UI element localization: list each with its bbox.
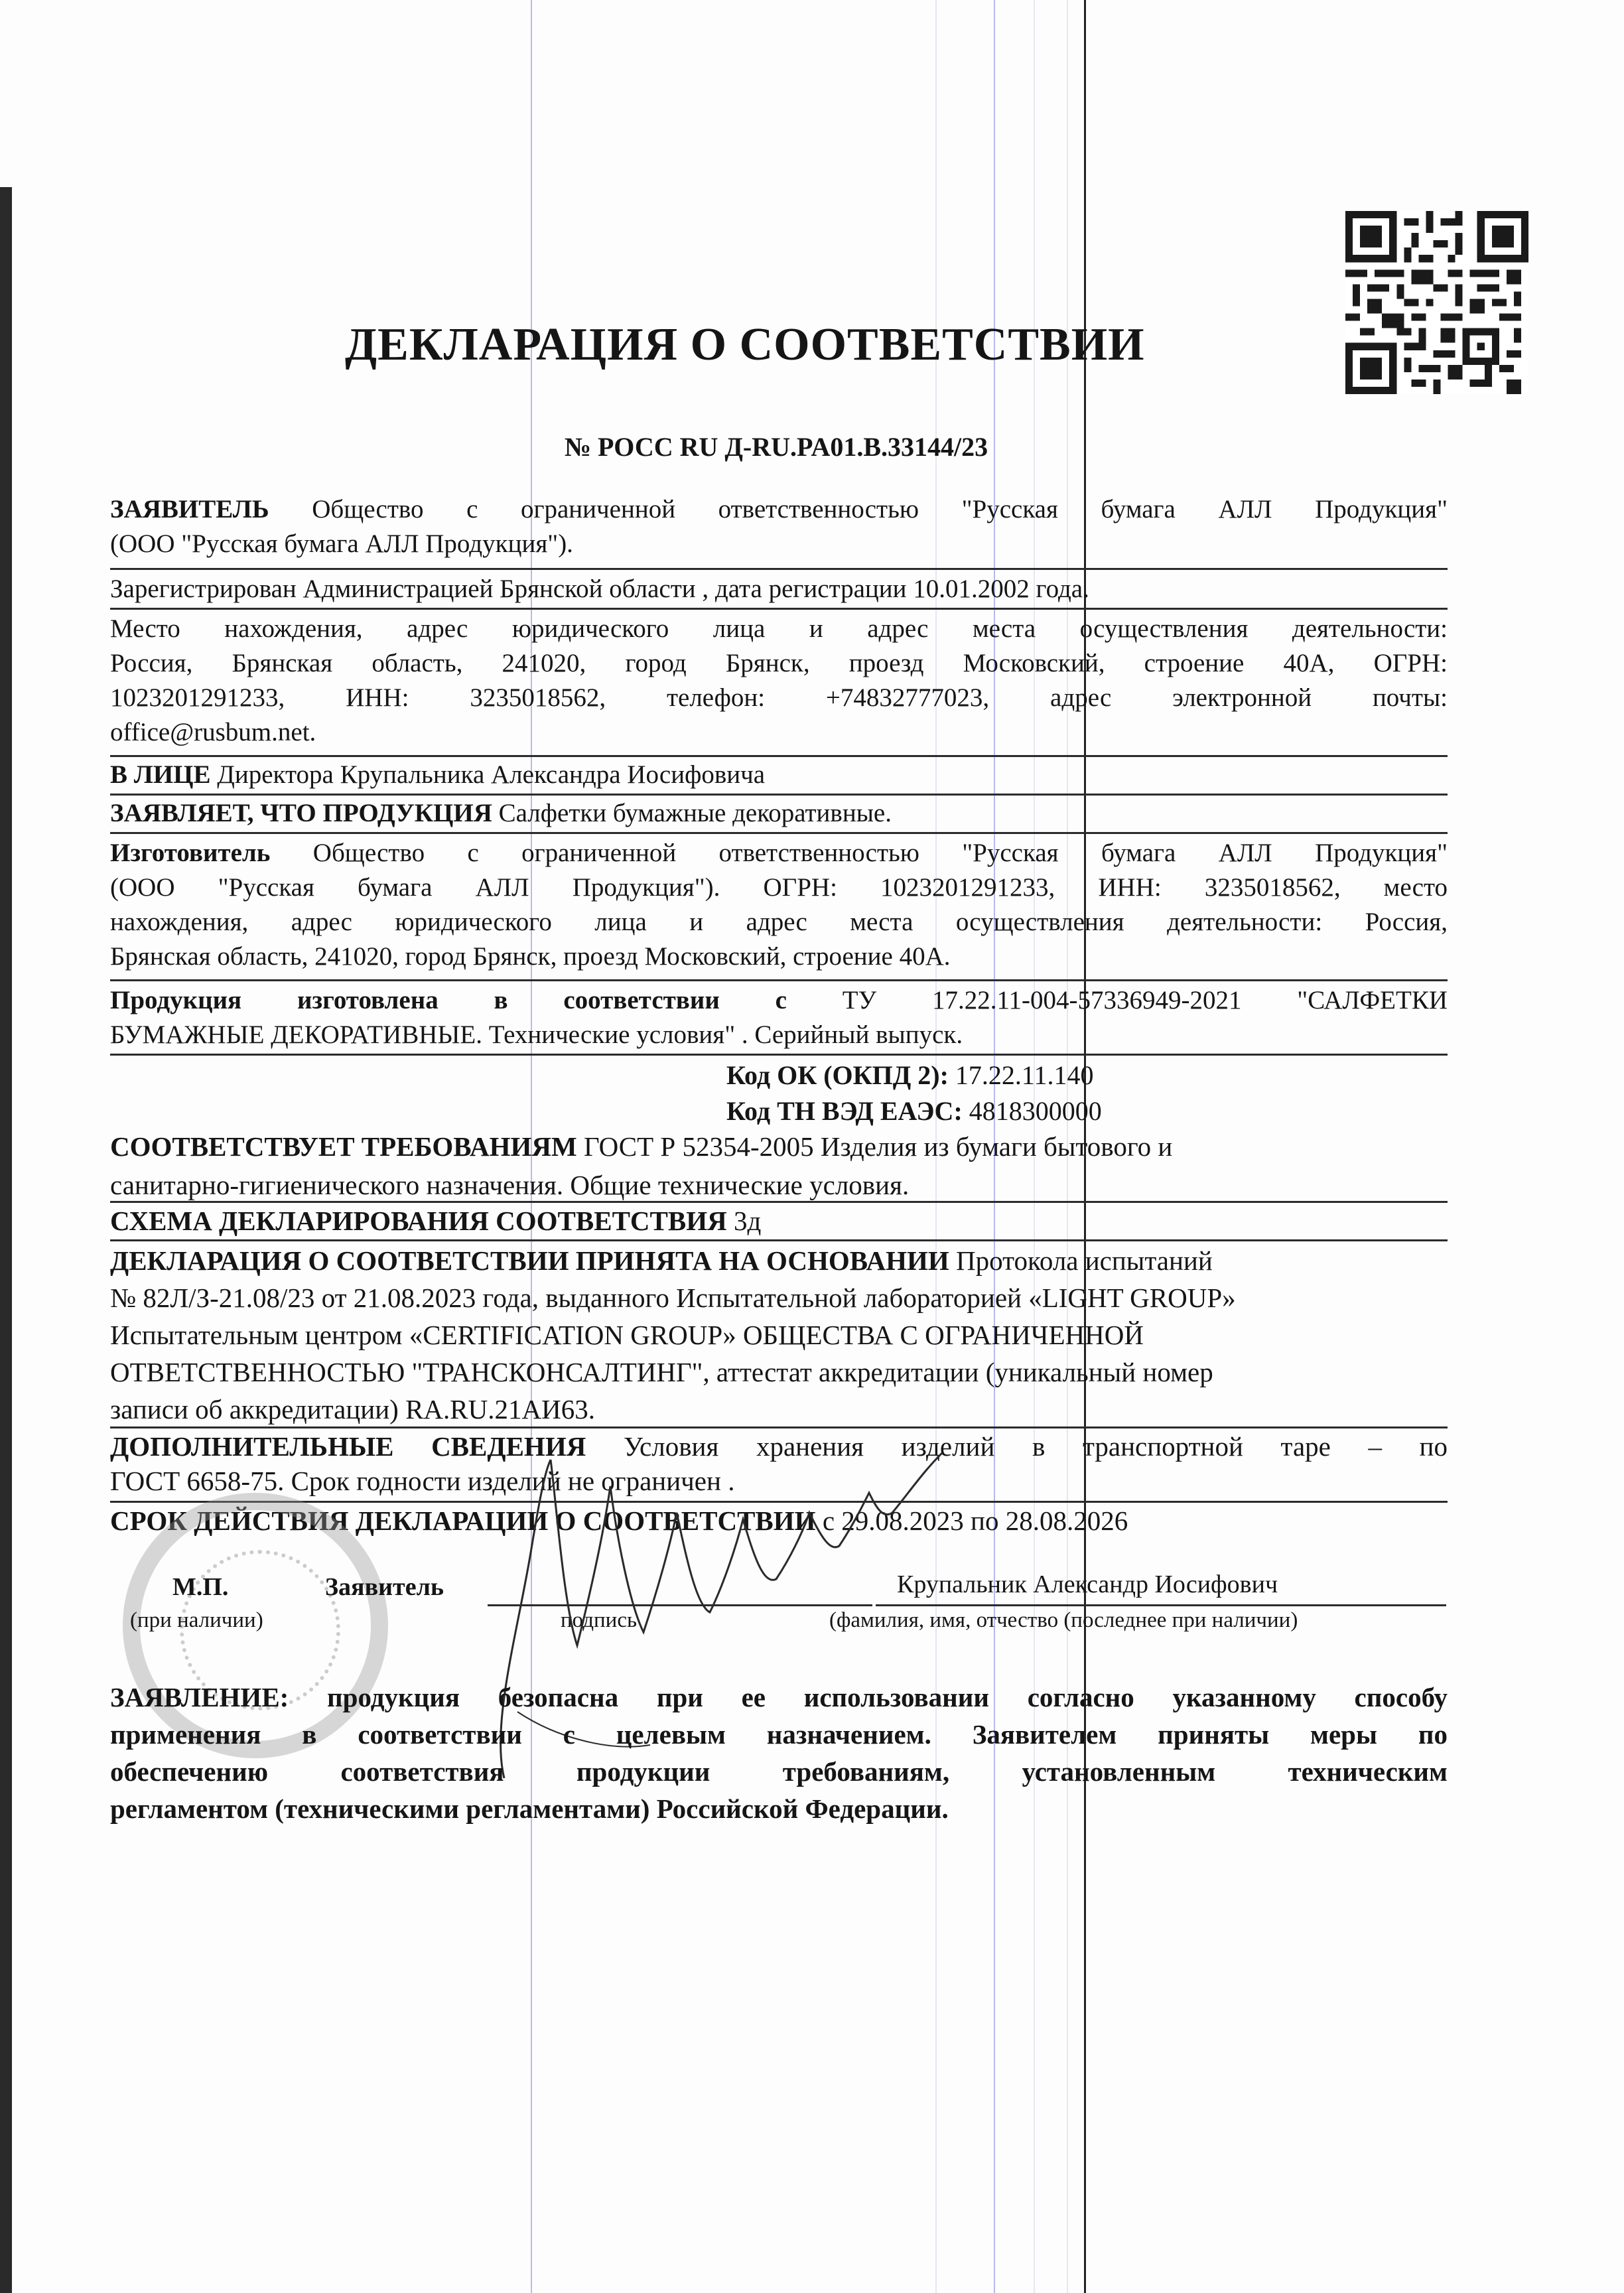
tnved-code: Код ТН ВЭД ЕАЭС: 4818300000 bbox=[726, 1093, 1102, 1129]
applicant-section: ЗАЯВИТЕЛЬ Общество с ограниченной ответс… bbox=[110, 492, 1448, 527]
manufacturer-line: нахождения, адрес юридического лица и ад… bbox=[110, 905, 1448, 939]
okpd-code: Код ОК (ОКПД 2): 17.22.11.140 bbox=[726, 1058, 1093, 1093]
scheme: СХЕМА ДЕКЛАРИРОВАНИЯ СООТВЕТСТВИЯ 3д bbox=[110, 1204, 1448, 1238]
complies-line: СООТВЕТСТВУЕТ ТРЕБОВАНИЯМ ГОСТ Р 52354-2… bbox=[110, 1129, 1448, 1164]
okpd-label: Код ОК (ОКПД 2): bbox=[726, 1060, 949, 1090]
mp-label: М.П. bbox=[172, 1572, 228, 1602]
divider bbox=[110, 1201, 1448, 1203]
represented-by-label: В ЛИЦЕ bbox=[110, 760, 211, 789]
declaration-number: № РОСС RU Д-RU.PA01.B.33144/23 bbox=[411, 431, 1141, 462]
manufacturer-line: (ООО "Русская бумага АЛЛ Продукция"). ОГ… bbox=[110, 870, 1448, 905]
mp-note: (при наличии) bbox=[130, 1608, 263, 1633]
divider bbox=[110, 794, 1448, 796]
represented-by: В ЛИЦЕ Директора Крупальника Александра … bbox=[110, 758, 1448, 792]
scheme-label: СХЕМА ДЕКЛАРИРОВАНИЯ СООТВЕТСТВИЯ bbox=[110, 1206, 727, 1236]
basis-line: ДЕКЛАРАЦИЯ О СООТВЕТСТВИИ ПРИНЯТА НА ОСН… bbox=[110, 1242, 1448, 1279]
registration-info: Зарегистрирован Администрацией Брянской … bbox=[110, 572, 1448, 606]
divider bbox=[110, 568, 1448, 570]
complies-label: СООТВЕТСТВУЕТ ТРЕБОВАНИЯМ bbox=[110, 1131, 577, 1162]
statement-label: ЗАЯВЛЕНИЕ: bbox=[110, 1682, 289, 1712]
produced-per-line: БУМАЖНЫЕ ДЕКОРАТИВНЫЕ. Технические услов… bbox=[110, 1018, 1448, 1052]
manufacturer-line: Изготовитель Общество с ограниченной отв… bbox=[110, 836, 1448, 870]
basis-label: ДЕКЛАРАЦИЯ О СООТВЕТСТВИИ ПРИНЯТА НА ОСН… bbox=[110, 1245, 949, 1276]
produced-per-label: Продукция изготовлена в соответствии с bbox=[110, 986, 787, 1014]
divider bbox=[110, 608, 1448, 610]
represented-by-name: Директора Крупальника Александра Иосифов… bbox=[217, 760, 765, 789]
divider bbox=[110, 1054, 1448, 1056]
tnved-value: 4818300000 bbox=[969, 1096, 1102, 1126]
statement-line: применения в соответствии с целевым назн… bbox=[110, 1716, 1448, 1753]
declares-product: ЗАЯВЛЯЕТ, ЧТО ПРОДУКЦИЯ Салфетки бумажны… bbox=[110, 796, 1448, 831]
manufacturer-label: Изготовитель bbox=[110, 839, 270, 867]
divider bbox=[110, 832, 1448, 834]
produced-per-line: Продукция изготовлена в соответствии с Т… bbox=[110, 983, 1448, 1018]
applicant-short-name: (ООО "Русская бумага АЛЛ Продукция"). bbox=[110, 527, 1448, 561]
divider bbox=[110, 755, 1448, 757]
complies-line: санитарно-гигиенического назначения. Общ… bbox=[110, 1168, 1448, 1202]
applicant-email: office@rusbum.net. bbox=[110, 715, 1448, 750]
address-line: Россия, Брянская область, 241020, город … bbox=[110, 646, 1448, 681]
applicant-label: ЗАЯВИТЕЛЬ bbox=[110, 495, 269, 523]
scheme-value: 3д bbox=[734, 1206, 761, 1236]
address-line: 1023201291233, ИНН: 3235018562, телефон:… bbox=[110, 681, 1448, 715]
divider bbox=[110, 979, 1448, 981]
declares-label: ЗАЯВЛЯЕТ, ЧТО ПРОДУКЦИЯ bbox=[110, 799, 492, 827]
basis-line: ОТВЕТСТВЕННОСТЬЮ "ТРАНСКОНСАЛТИНГ", атте… bbox=[110, 1354, 1448, 1391]
statement-line: регламентом (техническими регламентами) … bbox=[110, 1790, 1448, 1827]
manufacturer-line: Брянская область, 241020, город Брянск, … bbox=[110, 939, 1448, 974]
page-title: ДЕКЛАРАЦИЯ О СООТВЕТСТВИИ bbox=[345, 318, 1260, 372]
basis-line: № 82Л/З-21.08/23 от 21.08.2023 года, выд… bbox=[110, 1279, 1448, 1316]
scan-edge-bar bbox=[0, 187, 12, 2293]
statement-line: ЗАЯВЛЕНИЕ: продукция безопасна при ее ис… bbox=[110, 1679, 1448, 1716]
divider bbox=[110, 1426, 1448, 1428]
tnved-label: Код ТН ВЭД ЕАЭС: bbox=[726, 1096, 963, 1126]
statement-line: обеспечению соответствия продукции требо… bbox=[110, 1753, 1448, 1790]
address-line: Место нахождения, адрес юридического лиц… bbox=[110, 612, 1448, 646]
basis-line: Испытательным центром «CERTIFICATION GRO… bbox=[110, 1316, 1448, 1354]
applicant-signature-label: Заявитель bbox=[325, 1572, 444, 1602]
qr-code-icon bbox=[1345, 211, 1528, 394]
product-name: Салфетки бумажные декоративные. bbox=[499, 799, 892, 827]
applicant-name: Общество с ограниченной ответственностью… bbox=[312, 495, 1448, 523]
okpd-value: 17.22.11.140 bbox=[955, 1060, 1094, 1090]
divider bbox=[110, 1239, 1448, 1241]
basis-line: записи об аккредитации) RA.RU.21АИ63. bbox=[110, 1391, 1448, 1428]
